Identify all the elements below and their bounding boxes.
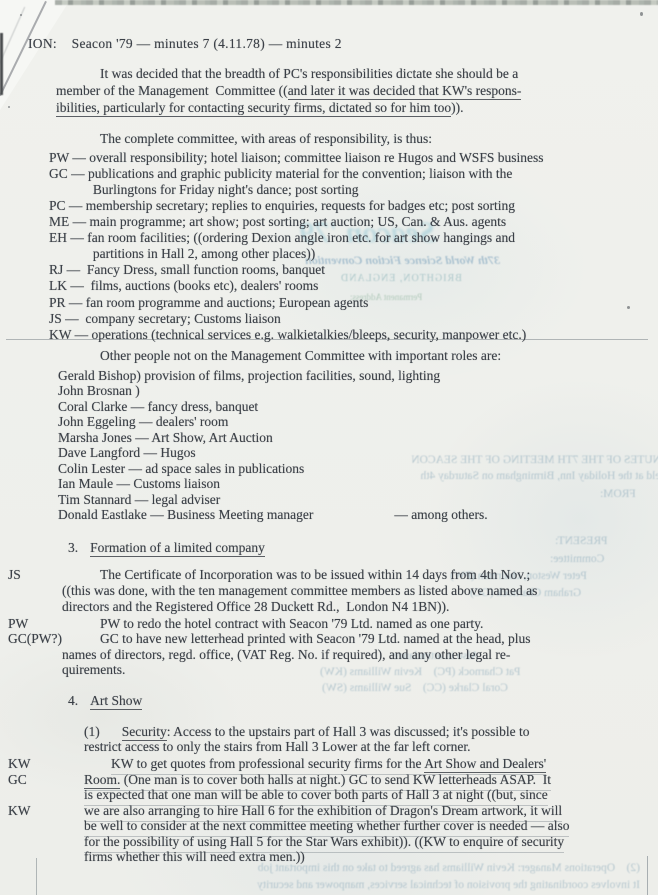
others-row: Dave Langford — Hugos	[58, 445, 196, 461]
committee-row: KW — operations (technical services e.g.…	[49, 327, 526, 343]
page-header: ION: Seacon '79 — minutes 7 (4.11.78) — …	[28, 36, 342, 52]
others-row: Tim Stannard — legal adviser	[58, 492, 220, 508]
others-row: Colin Lester — ad space sales in publica…	[58, 461, 304, 477]
showthrough-line: Pat Charnock (PC) Kevin Williams (KW)	[320, 664, 521, 680]
section-text: : Access to the upstairs part of Hall 3 …	[167, 724, 530, 739]
section-3-line: GC to have new letterhead printed with S…	[100, 631, 531, 647]
committee-row: EH — fan room facilities; ((ordering Dex…	[49, 230, 515, 246]
showthrough-edge-line	[647, 856, 648, 895]
margin-note: GC	[8, 772, 27, 788]
showthrough-line: REQUIRED held at the Holiday Inn, Birmin…	[430, 468, 658, 484]
section-3-line: ((this was done, with the ten management…	[62, 583, 537, 599]
section-3-line: PW to redo the hotel contract with Seaco…	[100, 616, 483, 632]
scanned-minutes-page: Seacon '79 37th World Science Fiction Co…	[0, 0, 658, 895]
action-underlined-text: Art Show and Dealers'	[424, 756, 546, 773]
margin-note: JS	[8, 567, 21, 583]
section-3-heading: 3.Formation of a limited company	[68, 540, 265, 556]
showthrough-line: PRESENT:	[555, 533, 607, 549]
margin-note: KW	[8, 803, 31, 819]
item-number: (1)	[84, 724, 100, 739]
showthrough-letterhead-line: BRIGHTON, ENGLAND	[340, 271, 462, 286]
ink-speck	[8, 106, 10, 108]
section-4-line: restrict access to only the stairs from …	[84, 739, 470, 755]
intro-text: )).	[451, 100, 463, 115]
others-row: John Eggeling — dealers' room	[58, 414, 228, 430]
intro-underlined-text: ibilities, particularly for contacting s…	[56, 100, 451, 117]
intro-line: ibilities, particularly for contacting s…	[56, 100, 464, 116]
action-text: KW to get quotes from professional secur…	[111, 756, 424, 771]
margin-note: KW	[8, 756, 31, 772]
committee-row: GC — publications and graphic publicity …	[49, 166, 512, 182]
section-3-line: directors and the Registered Office 28 D…	[62, 599, 449, 615]
section-title: Formation of a limited company	[90, 540, 265, 557]
intro-underlined-text: and later it was decided that KW's respo…	[288, 83, 522, 100]
committee-row: PC — membership secretary; replies to en…	[49, 198, 515, 214]
others-row: John Brosnan )	[58, 383, 140, 399]
ink-speck	[640, 12, 643, 16]
section-number: 4.	[68, 693, 78, 708]
showthrough-line: FROM:	[600, 486, 636, 502]
ink-speck	[627, 306, 630, 309]
committee-row: RJ — Fancy Dress, small function rooms, …	[49, 262, 325, 278]
section-number: 3.	[68, 540, 78, 555]
section-title: Art Show	[90, 693, 142, 710]
showthrough-edge-line	[36, 858, 37, 895]
showthrough-line: It involves coordinating the provision o…	[55, 877, 640, 893]
committee-row: ME — main programme; art show; post sort…	[49, 214, 506, 230]
showthrough-letterhead-line: 37th World Science Fiction Convention	[305, 252, 500, 269]
intro-line: It was decided that the breadth of PC's …	[100, 66, 518, 82]
committee-row: PW — overall responsibility; hotel liais…	[49, 150, 543, 166]
others-row: Ian Maule — Customs liaison	[58, 476, 220, 492]
committee-row: PR — fan room programme and auctions; Eu…	[49, 295, 368, 311]
margin-note: GC(PW?)	[8, 631, 62, 647]
action-line: firms whether this will need extra men.)…	[84, 849, 305, 865]
others-row: Gerald Bishop) provision of films, proje…	[58, 368, 440, 384]
section-4-heading: 4.Art Show	[68, 693, 142, 709]
others-row: Coral Clarke — fancy dress, banquet	[58, 399, 258, 415]
intro-text: member of the Management Committee ((	[56, 83, 288, 98]
section-3-line: The Certificate of Incorporation was to …	[100, 567, 530, 583]
committee-row: partitions in Hall 2, among other places…	[49, 246, 315, 262]
scan-edge-strip	[55, 0, 658, 5]
action-text: (One man is to cover both halls at night…	[120, 772, 551, 787]
others-row: Donald Eastlake — Business Meeting manag…	[58, 507, 488, 523]
showthrough-line: Committee:	[550, 551, 604, 567]
ink-speck	[20, 14, 22, 16]
section-3-line: quirements.	[62, 662, 125, 678]
showthrough-line: Coral Clarke (CC) Sue Williams (SW)	[322, 680, 508, 696]
margin-note: PW	[8, 616, 28, 632]
section-3-line: names of directors, regd. office, (VAT R…	[62, 647, 510, 663]
committee-row: Burlingtons for Friday night's dance; po…	[49, 182, 359, 198]
showthrough-line: ACTION MINUTES OF THE 7TH MEETING OF THE…	[430, 452, 658, 468]
page-edge-shadow	[0, 33, 3, 95]
others-intro: Other people not on the Management Commi…	[100, 348, 501, 364]
committee-row: JS — company secretary; Customs liaison	[49, 311, 281, 327]
intro-line: member of the Management Committee ((and…	[56, 83, 521, 99]
committee-row: LK — films, auctions (books etc), dealer…	[49, 278, 318, 294]
committee-intro: The complete committee, with areas of re…	[100, 131, 432, 147]
others-row: Marsha Jones — Art Show, Art Auction	[58, 430, 273, 446]
section-4-line: (1)Security: Access to the upstairs part…	[84, 724, 530, 740]
